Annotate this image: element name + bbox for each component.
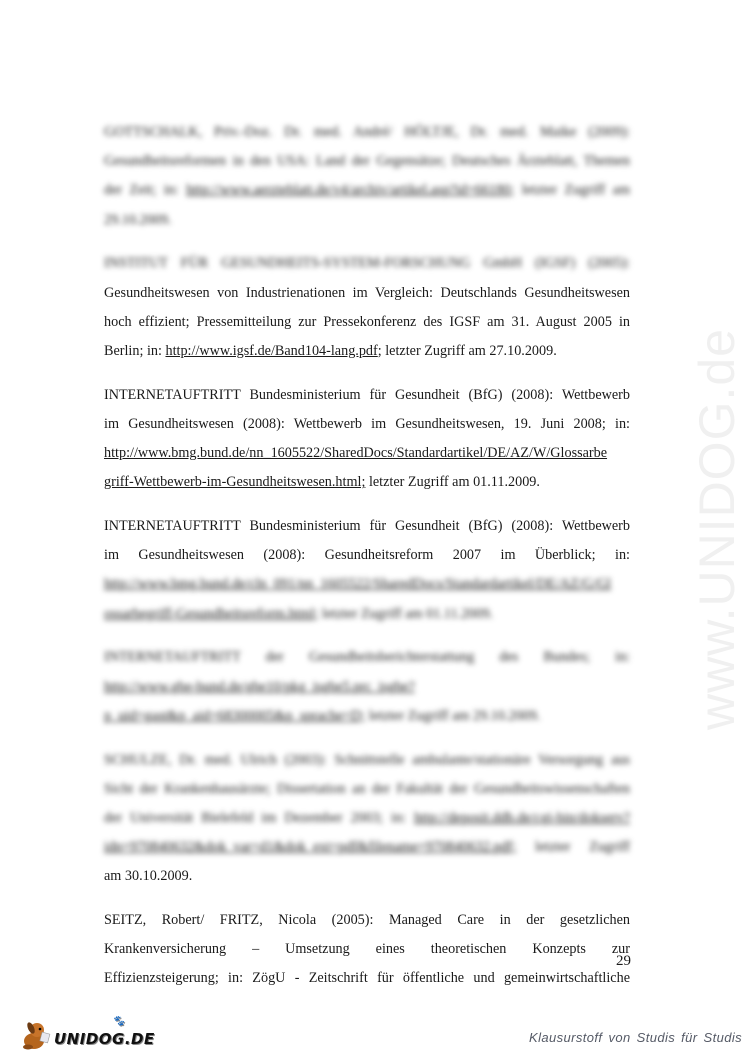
- entry-text: ; letzter Zugriff am: [510, 182, 630, 198]
- reference-link[interactable]: ossarbegriff-Gesundheitsreform.html;: [104, 606, 318, 622]
- entry-text: INTERNETAUFTRITT Bundesministerium für G…: [104, 387, 630, 403]
- entry-line: http://www.bmg.bund.de/cln_091/nn_160552…: [104, 570, 630, 599]
- bibliography-entry: INSTITUT FÜR GESUNDHEITS-SYSTEM-FORSCHUN…: [104, 249, 630, 366]
- entry-text: am 30.10.2009.: [104, 868, 192, 884]
- entry-line: INTERNETAUFTRITT Bundesministerium für G…: [104, 381, 630, 410]
- entry-line: INTERNETAUFTRITT Bundesministerium für G…: [104, 512, 630, 541]
- entry-line: Gesundheitsreformen in den USA: Land der…: [104, 147, 630, 176]
- reference-link[interactable]: http://www.bmg.bund.de/cln_091/nn_160552…: [104, 576, 611, 592]
- dog-mascot-icon: [20, 1020, 52, 1050]
- entry-line: idn=970840632&dok_var=d1&dok_ext=pdf&fil…: [104, 833, 630, 862]
- entry-line: p_uid=gast&p_aid=68300005&p_sprache=D; l…: [104, 702, 630, 731]
- entry-line: Krankenversicherung – Umsetzung eines th…: [104, 935, 630, 964]
- paw-icon: 🐾: [112, 1016, 125, 1027]
- entry-text: der Universität Bielefeld im Dezember 20…: [104, 810, 414, 826]
- entry-text: Krankenversicherung – Umsetzung eines th…: [104, 941, 630, 957]
- watermark-text: www.UNIDOG.de: [688, 328, 746, 730]
- entry-text: im Gesundheitswesen (2008): Wettbewerb i…: [104, 416, 630, 432]
- reference-link[interactable]: idn=970840632&dok_var=d1&dok_ext=pdf&fil…: [104, 839, 516, 855]
- entry-text: 29.10.2009.: [104, 212, 171, 228]
- reference-link[interactable]: http://www.aerzteblatt.de/v4/archiv/arti…: [186, 182, 510, 198]
- entry-line: 29.10.2009.: [104, 206, 630, 235]
- entry-line: im Gesundheitswesen (2008): Gesundheitsr…: [104, 541, 630, 570]
- entry-line: INSTITUT FÜR GESUNDHEITS-SYSTEM-FORSCHUN…: [104, 249, 630, 278]
- entry-line: SCHULZE, Dr. med. Ulrich (2003): Schnitt…: [104, 746, 630, 775]
- entry-text: hoch effizient; Pressemitteilung zur Pre…: [104, 314, 630, 330]
- entry-line: INTERNETAUFTRITT der Gesundheitsberichte…: [104, 643, 630, 672]
- entry-text: SCHULZE, Dr. med. Ulrich (2003): Schnitt…: [104, 752, 630, 768]
- entry-text: Gesundheitsreformen in den USA: Land der…: [104, 153, 630, 169]
- entry-text: Effizienzsteigerung; in: ZögU - Zeitschr…: [104, 970, 630, 986]
- entry-text: INTERNETAUFTRITT Bundesministerium für G…: [104, 518, 630, 534]
- unidog-logo[interactable]: 🐾 UNIDOG.DE: [20, 1016, 155, 1050]
- entry-line: Effizienzsteigerung; in: ZögU - Zeitschr…: [104, 964, 630, 993]
- reference-link[interactable]: http://deposit.ddb.de/cgi-bin/dokserv?: [414, 810, 630, 826]
- entry-line: SEITZ, Robert/ FRITZ, Nicola (2005): Man…: [104, 906, 630, 935]
- bibliography-entry: SCHULZE, Dr. med. Ulrich (2003): Schnitt…: [104, 746, 630, 892]
- bibliography-page: GOTTSCHALK, Priv.-Doz. Dr. med. André/ H…: [104, 118, 630, 1008]
- entry-line: am 30.10.2009.: [104, 862, 630, 891]
- reference-link[interactable]: http://www.bmg.bund.de/nn_1605522/Shared…: [104, 445, 607, 461]
- bibliography-entry: INTERNETAUFTRITT der Gesundheitsberichte…: [104, 643, 630, 731]
- entry-line: Sicht der Krankenhausärzte; Dissertation…: [104, 775, 630, 804]
- reference-link[interactable]: http://www.igsf.de/Band104-lang.pdf: [165, 343, 377, 359]
- entry-text: Berlin; in:: [104, 343, 165, 359]
- entry-line: hoch effizient; Pressemitteilung zur Pre…: [104, 308, 630, 337]
- entry-text: letzter Zugriff am 29.10.2009.: [365, 708, 540, 724]
- entry-text: SEITZ, Robert/ FRITZ, Nicola (2005): Man…: [104, 912, 630, 928]
- reference-link[interactable]: http://www.gbe-bund.de/gbe10/pkg_isgbe5.…: [104, 679, 415, 695]
- reference-link[interactable]: griff-Wettbewerb-im-Gesundheitswesen.htm…: [104, 474, 365, 490]
- entry-text: letzter Zugriff am 01.11.2009.: [318, 606, 493, 622]
- entry-line: GOTTSCHALK, Priv.-Doz. Dr. med. André/ H…: [104, 118, 630, 147]
- bibliography-entry: GOTTSCHALK, Priv.-Doz. Dr. med. André/ H…: [104, 118, 630, 235]
- bibliography-entry: INTERNETAUFTRITT Bundesministerium für G…: [104, 512, 630, 629]
- entry-text: INSTITUT FÜR GESUNDHEITS-SYSTEM-FORSCHUN…: [104, 255, 630, 271]
- entry-text: Gesundheitswesen von Industrienationen i…: [104, 285, 630, 301]
- entry-line: der Zeit; in: http://www.aerzteblatt.de/…: [104, 176, 630, 205]
- page-number: 29: [616, 953, 631, 970]
- entry-line: griff-Wettbewerb-im-Gesundheitswesen.htm…: [104, 468, 630, 497]
- entry-line: im Gesundheitswesen (2008): Wettbewerb i…: [104, 410, 630, 439]
- entry-text: ; letzter Zugriff am 27.10.2009.: [378, 343, 557, 359]
- entry-text: Sicht der Krankenhausärzte; Dissertation…: [104, 781, 630, 797]
- entry-line: Berlin; in: http://www.igsf.de/Band104-l…: [104, 337, 630, 366]
- entry-text: letzter Zugriff am 01.11.2009.: [365, 474, 540, 490]
- entry-line: ossarbegriff-Gesundheitsreform.html; let…: [104, 600, 630, 629]
- entry-line: http://www.bmg.bund.de/nn_1605522/Shared…: [104, 439, 630, 468]
- bibliography-entry: INTERNETAUFTRITT Bundesministerium für G…: [104, 381, 630, 498]
- entry-text: GOTTSCHALK, Priv.-Doz. Dr. med. André/ H…: [104, 124, 630, 140]
- bibliography-entry: SEITZ, Robert/ FRITZ, Nicola (2005): Man…: [104, 906, 630, 994]
- entry-line: Gesundheitswesen von Industrienationen i…: [104, 279, 630, 308]
- entry-line: der Universität Bielefeld im Dezember 20…: [104, 804, 630, 833]
- entry-line: http://www.gbe-bund.de/gbe10/pkg_isgbe5.…: [104, 673, 630, 702]
- entry-text: INTERNETAUFTRITT der Gesundheitsberichte…: [104, 649, 630, 665]
- entry-text: letzter Zugriff: [516, 839, 630, 855]
- entry-text: der Zeit; in:: [104, 182, 186, 198]
- reference-link[interactable]: p_uid=gast&p_aid=68300005&p_sprache=D;: [104, 708, 365, 724]
- logo-text: 🐾 UNIDOG.DE: [54, 1030, 155, 1048]
- footer-slogan: Klausurstoff von Studis für Studis: [529, 1030, 742, 1045]
- entry-text: im Gesundheitswesen (2008): Gesundheitsr…: [104, 547, 630, 563]
